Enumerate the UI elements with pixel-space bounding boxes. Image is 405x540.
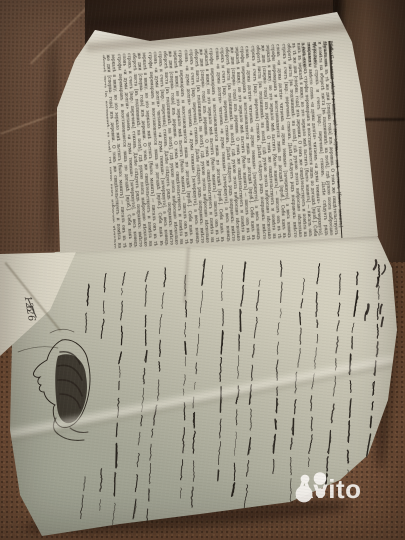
listing-photo: 6 1226 254 А. С. Пушкинъ. — Черновыя пис… [0,0,405,540]
printed-text-block: 254 А. С. Пушкинъ. — Черновыя письма и з… [66,23,368,250]
printed-book-page: 254 А. С. Пушкинъ. — Черновыя письма и з… [52,4,382,256]
printed-body-text: Себя какъ въ зеркалѣ я вижу, но это зерк… [103,41,344,249]
avito-wordmark: Avito [295,471,362,507]
